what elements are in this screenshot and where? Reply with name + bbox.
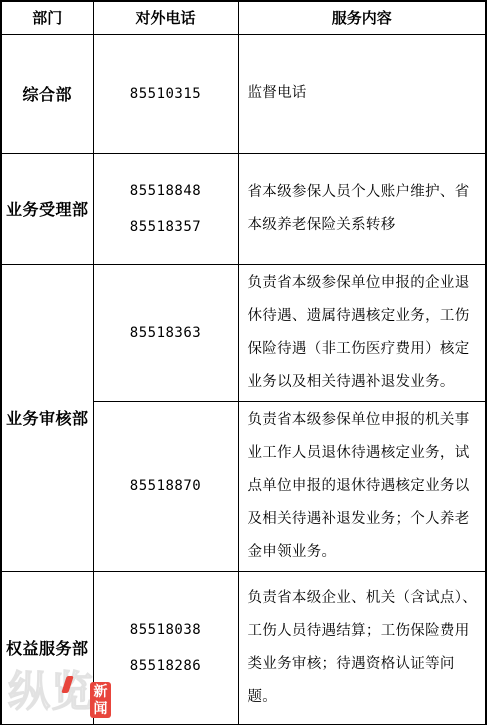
- service-cell: 省本级参保人员个人账户维护、省本级养老保险关系转移: [238, 153, 486, 264]
- phone-cell: 85518870: [93, 401, 238, 571]
- table-row: 业务受理部 85518848 85518357 省本级参保人员个人账户维护、省本…: [1, 153, 486, 264]
- service-directory-table: 部门 对外电话 服务内容 综合部 85510315 监督电话 业务受理部 855…: [0, 0, 487, 725]
- phone-cell: 85510315: [93, 34, 238, 153]
- table-row: 权益服务部 85518038 85518286 负责省本级企业、机关（含试点）、…: [1, 571, 486, 725]
- phone-number: 85518848: [94, 173, 238, 209]
- header-service: 服务内容: [238, 1, 486, 34]
- department-cell: 权益服务部: [1, 571, 93, 725]
- phone-cell: 85518038 85518286: [93, 571, 238, 725]
- table-row: 业务审核部 85518363 负责省本级参保单位申报的企业退休待遇、遗属待遇核定…: [1, 264, 486, 401]
- service-cell: 负责省本级参保单位申报的机关事业工作人员退休待遇核定业务，试点单位申报的退休待遇…: [238, 401, 486, 571]
- phone-cell: 85518363: [93, 264, 238, 401]
- service-cell: 负责省本级参保单位申报的企业退休待遇、遗属待遇核定业务，工伤保险待遇（非工伤医疗…: [238, 264, 486, 401]
- phone-number: 85518038: [94, 612, 238, 648]
- phone-number: 85510315: [94, 76, 238, 112]
- phone-number: 85518870: [94, 468, 238, 504]
- header-row: 部门 对外电话 服务内容: [1, 1, 486, 34]
- phone-cell: 85518848 85518357: [93, 153, 238, 264]
- department-cell: 业务审核部: [1, 264, 93, 571]
- table-row: 综合部 85510315 监督电话: [1, 34, 486, 153]
- department-cell: 业务受理部: [1, 153, 93, 264]
- header-department: 部门: [1, 1, 93, 34]
- service-cell: 监督电话: [238, 34, 486, 153]
- page: 部门 对外电话 服务内容 综合部 85510315 监督电话 业务受理部 855…: [0, 0, 487, 725]
- service-cell: 负责省本级企业、机关（含试点）、工伤人员待遇结算；工伤保险费用类业务审核；待遇资…: [238, 571, 486, 725]
- department-cell: 综合部: [1, 34, 93, 153]
- phone-number: 85518357: [94, 209, 238, 245]
- phone-number: 85518363: [94, 315, 238, 351]
- phone-number: 85518286: [94, 648, 238, 684]
- header-phone: 对外电话: [93, 1, 238, 34]
